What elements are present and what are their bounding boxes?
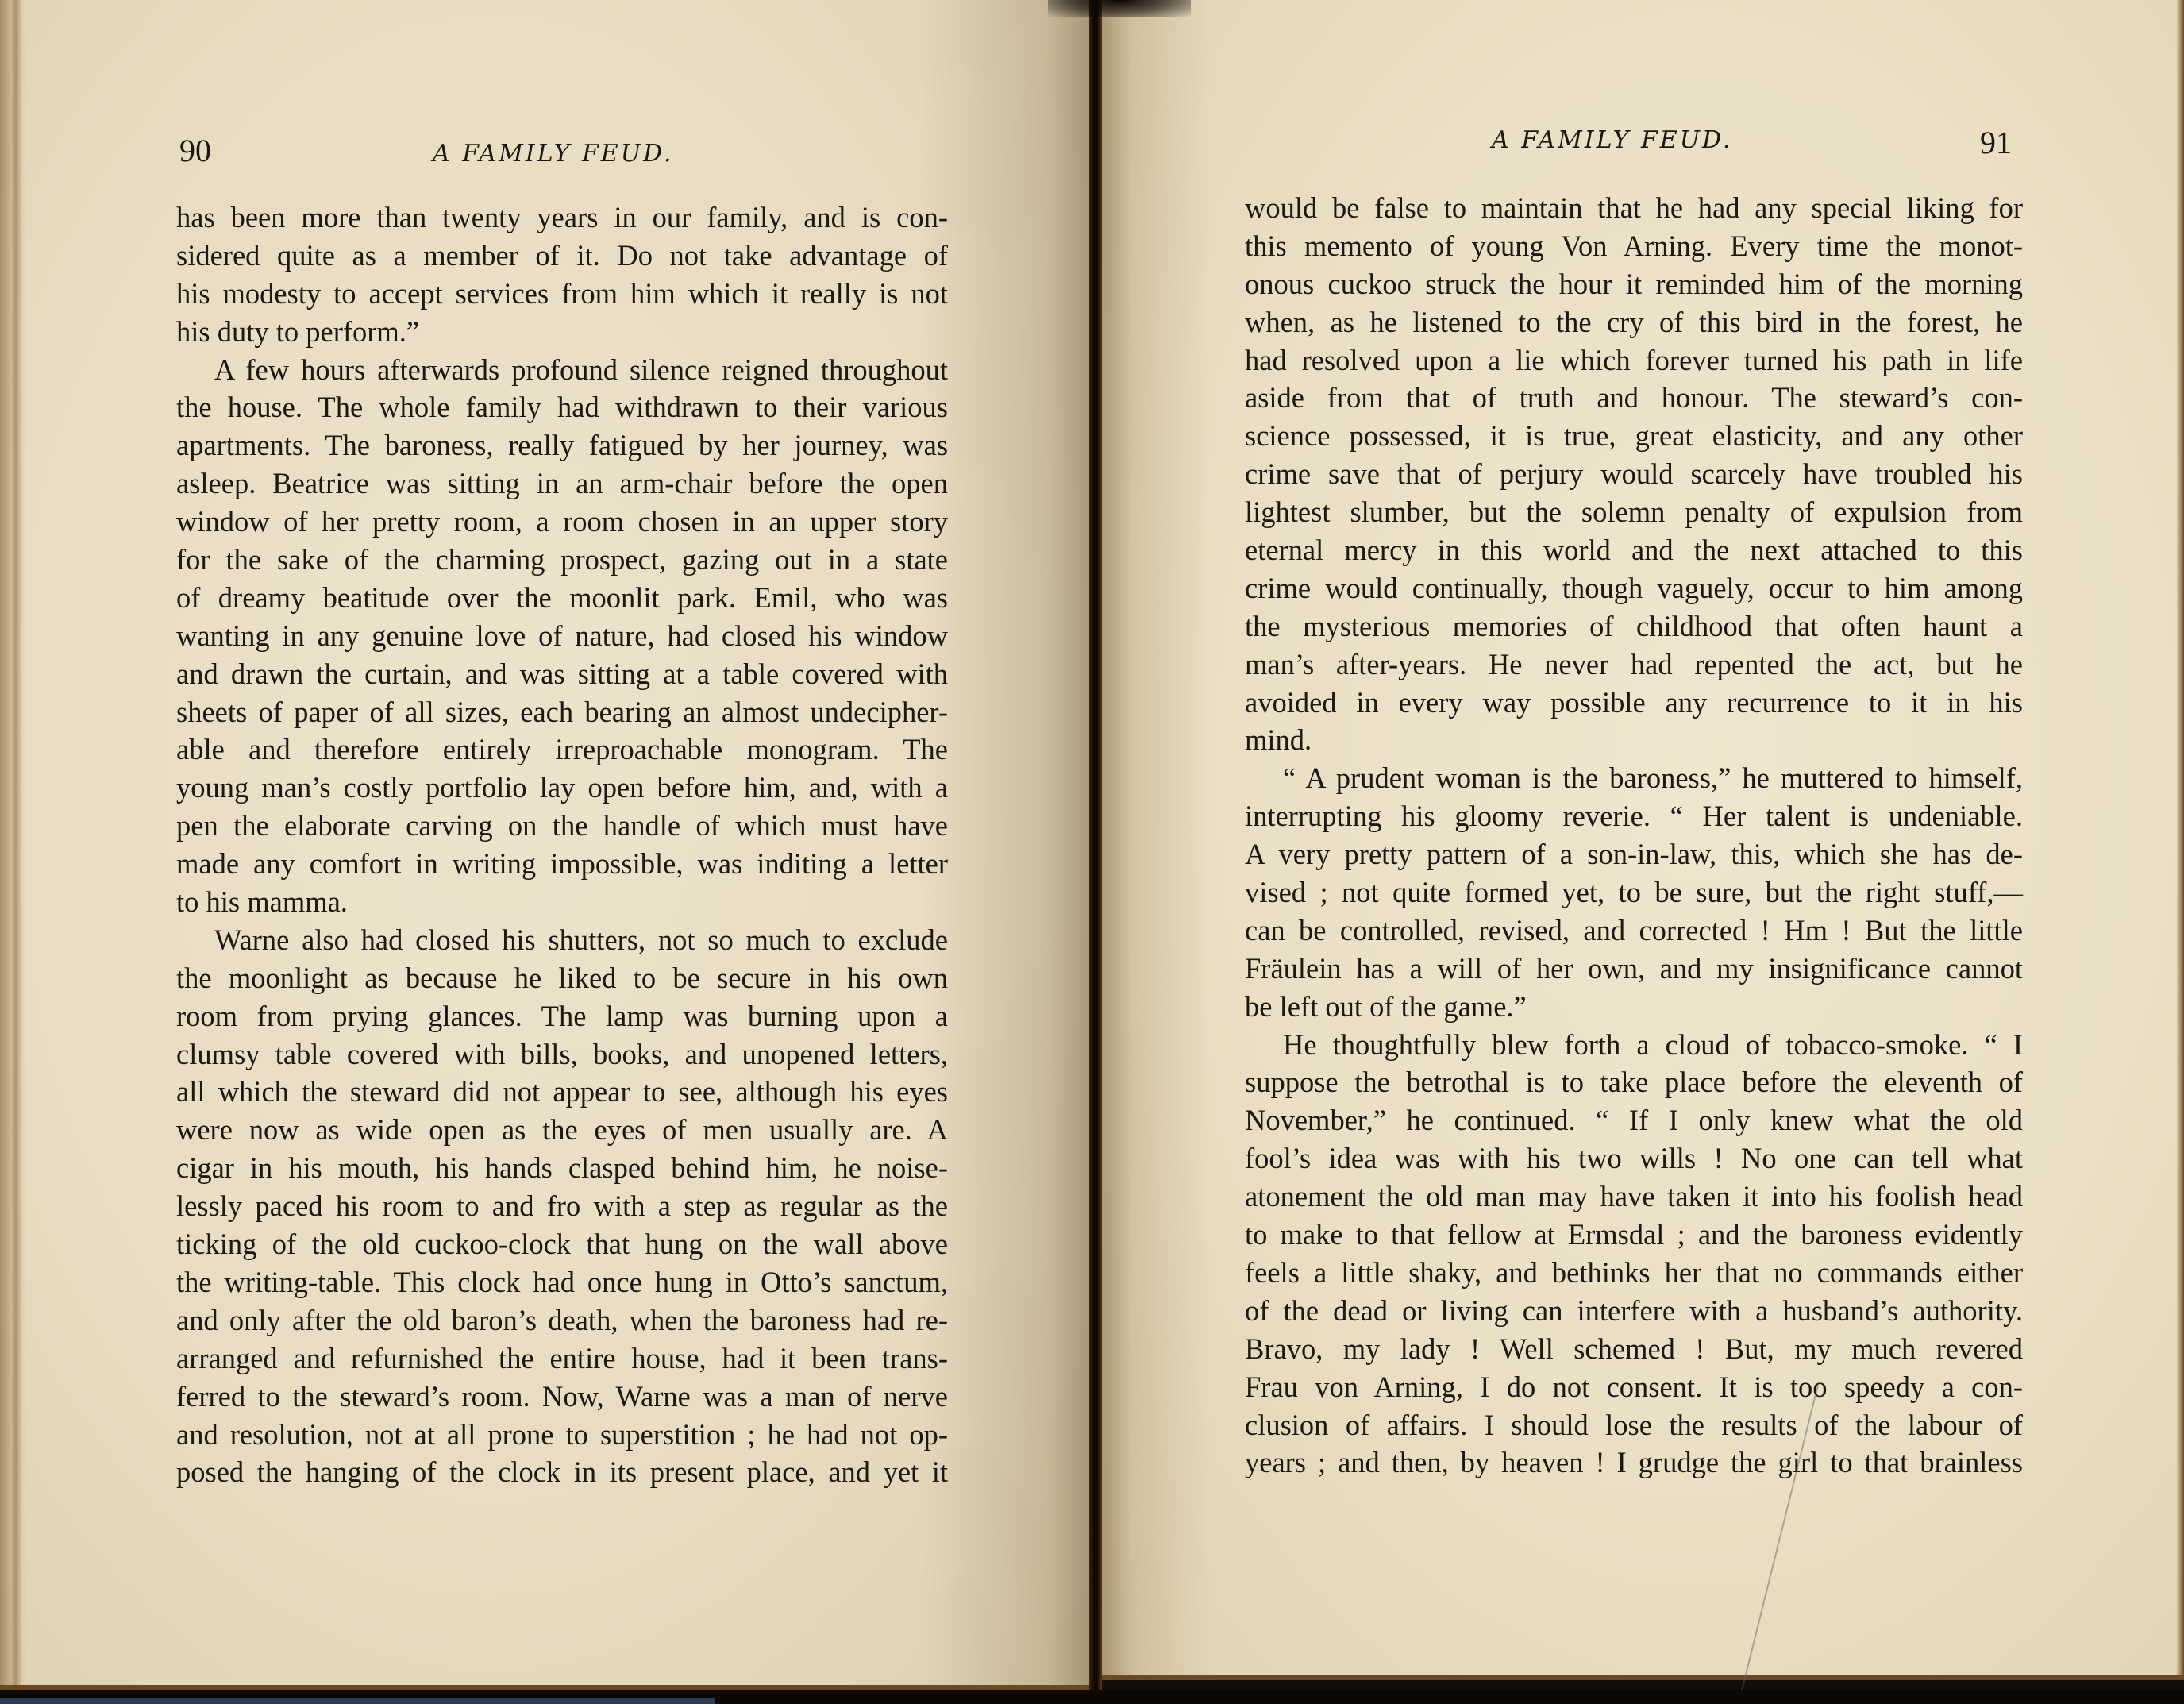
page-number-left: 90 (179, 135, 211, 167)
text-line: window of her pretty room, a room chosen… (176, 503, 948, 541)
text-line: posed the hanging of the clock in its pr… (176, 1453, 948, 1491)
text-line: his duty to perform.” (176, 313, 948, 351)
text-line: “ A prudent woman is the baroness,” he m… (1245, 759, 2023, 797)
text-line: be left out of the game.” (1245, 988, 2023, 1026)
text-line: onous cuckoo struck the hour it reminded… (1245, 265, 2023, 303)
text-line: Fräulein has a will of her own, and my i… (1245, 950, 2023, 988)
text-line: man’s after-years. He never had repented… (1245, 646, 2023, 684)
text-line: ferred to the steward’s room. Now, Warne… (176, 1378, 948, 1416)
text-line: and drawn the curtain, and was sitting a… (176, 655, 948, 693)
text-line: and resolution, not at all prone to supe… (176, 1416, 948, 1454)
text-line: for the sake of the charming prospect, g… (176, 541, 948, 579)
page-number-right: 91 (1980, 127, 2012, 159)
text-line: interrupting his gloomy reverie. “ Her t… (1245, 797, 2023, 835)
text-line: lessly paced his room to and fro with a … (176, 1187, 948, 1225)
right-page-text: would be false to maintain that he had a… (1245, 189, 2023, 1482)
text-line: Bravo, my lady ! Well schemed ! But, my … (1245, 1330, 2023, 1368)
book-spread: 90 A FAMILY FEUD. has been more than twe… (0, 0, 2184, 1704)
text-line: eternal mercy in this world and the next… (1245, 531, 2023, 569)
text-line: science possessed, it is true, great ela… (1245, 417, 2023, 455)
text-line: clumsy table covered with bills, books, … (176, 1035, 948, 1074)
text-line: were now as wide open as the eyes of men… (176, 1111, 948, 1149)
text-line: clusion of affairs. I should lose the re… (1245, 1406, 2023, 1444)
text-line: made any comfort in writing impossible, … (176, 845, 948, 883)
text-line: mind. (1245, 721, 2023, 759)
text-line: would be false to maintain that he had a… (1245, 189, 2023, 227)
left-page: 90 A FAMILY FEUD. has been more than twe… (0, 0, 1094, 1690)
text-line: this memento of young Von Arning. Every … (1245, 227, 2023, 265)
text-line: feels a little shaky, and bethinks her t… (1245, 1254, 2023, 1292)
text-line: atonement the old man may have taken it … (1245, 1178, 2023, 1216)
scan-bed-edge (0, 1698, 715, 1704)
text-line: crime would continually, though vaguely,… (1245, 569, 2023, 607)
text-line: had resolved upon a lie which forever tu… (1245, 341, 2023, 380)
text-line: can be controlled, revised, and correcte… (1245, 912, 2023, 950)
text-line: suppose the betrothal is to take place b… (1245, 1063, 2023, 1101)
text-line: fool’s idea was with his two wills ! No … (1245, 1139, 2023, 1178)
text-line: Warne also had closed his shutters, not … (176, 921, 948, 959)
left-page-text: has been more than twenty years in our f… (176, 199, 948, 1491)
text-line: arranged and refurnished the entire hous… (176, 1340, 948, 1378)
text-line: of dreamy beatitude over the moonlit par… (176, 579, 948, 617)
text-line: A few hours afterwards profound silence … (176, 351, 948, 389)
text-line: to his mamma. (176, 883, 948, 921)
text-line: ticking of the old cuckoo-clock that hun… (176, 1225, 948, 1263)
text-line: the mysterious memories of childhood tha… (1245, 607, 2023, 646)
text-line: all which the steward did not appear to … (176, 1073, 948, 1111)
text-line: November,” he continued. “ If I only kne… (1245, 1101, 2023, 1139)
text-line: aside from that of truth and honour. The… (1245, 379, 2023, 417)
text-line: and only after the old baron’s death, wh… (176, 1301, 948, 1340)
text-line: lightest slumber, but the solemn penalty… (1245, 493, 2023, 531)
text-line: He thoughtfully blew forth a cloud of to… (1245, 1026, 2023, 1064)
text-line: room from prying glances. The lamp was b… (176, 997, 948, 1035)
text-line: crime save that of perjury would scarcel… (1245, 455, 2023, 493)
text-line: his modesty to accept services from him … (176, 275, 948, 313)
text-line: years ; and then, by heaven ! I grudge t… (1245, 1444, 2023, 1482)
text-line: pen the elaborate carving on the handle … (176, 807, 948, 845)
text-line: has been more than twenty years in our f… (176, 199, 948, 237)
text-line: vised ; not quite formed yet, to be sure… (1245, 873, 2023, 912)
text-line: the house. The whole family had withdraw… (176, 388, 948, 426)
text-line: of the dead or living can interfere with… (1245, 1292, 2023, 1330)
text-line: A very pretty pattern of a son-in-law, t… (1245, 835, 2023, 873)
text-line: young man’s costly portfolio lay open be… (176, 769, 948, 807)
text-line: the moonlight as because he liked to be … (176, 959, 948, 997)
text-line: wanting in any genuine love of nature, h… (176, 617, 948, 655)
text-line: asleep. Beatrice was sitting in an arm-c… (176, 465, 948, 503)
text-line: to make to that fellow at Ermsdal ; and … (1245, 1216, 2023, 1254)
text-line: Frau von Arning, I do not consent. It is… (1245, 1368, 2023, 1406)
running-title-left: A FAMILY FEUD. (433, 138, 674, 170)
text-line: apartments. The baroness, really fatigue… (176, 426, 948, 465)
text-line: able and therefore entirely irreproachab… (176, 731, 948, 769)
text-line: when, as he listened to the cry of this … (1245, 303, 2023, 341)
text-line: avoided in every way possible any recurr… (1245, 684, 2023, 722)
book-gutter (1089, 0, 1102, 1704)
spine-top-shadow (1048, 0, 1191, 17)
text-line: sidered quite as a member of it. Do not … (176, 237, 948, 275)
running-title-right: A FAMILY FEUD. (1492, 125, 1733, 156)
text-line: the writing-table. This clock had once h… (176, 1263, 948, 1301)
text-line: cigar in his mouth, his hands clasped be… (176, 1149, 948, 1187)
text-line: sheets of paper of all sizes, each beari… (176, 693, 948, 731)
